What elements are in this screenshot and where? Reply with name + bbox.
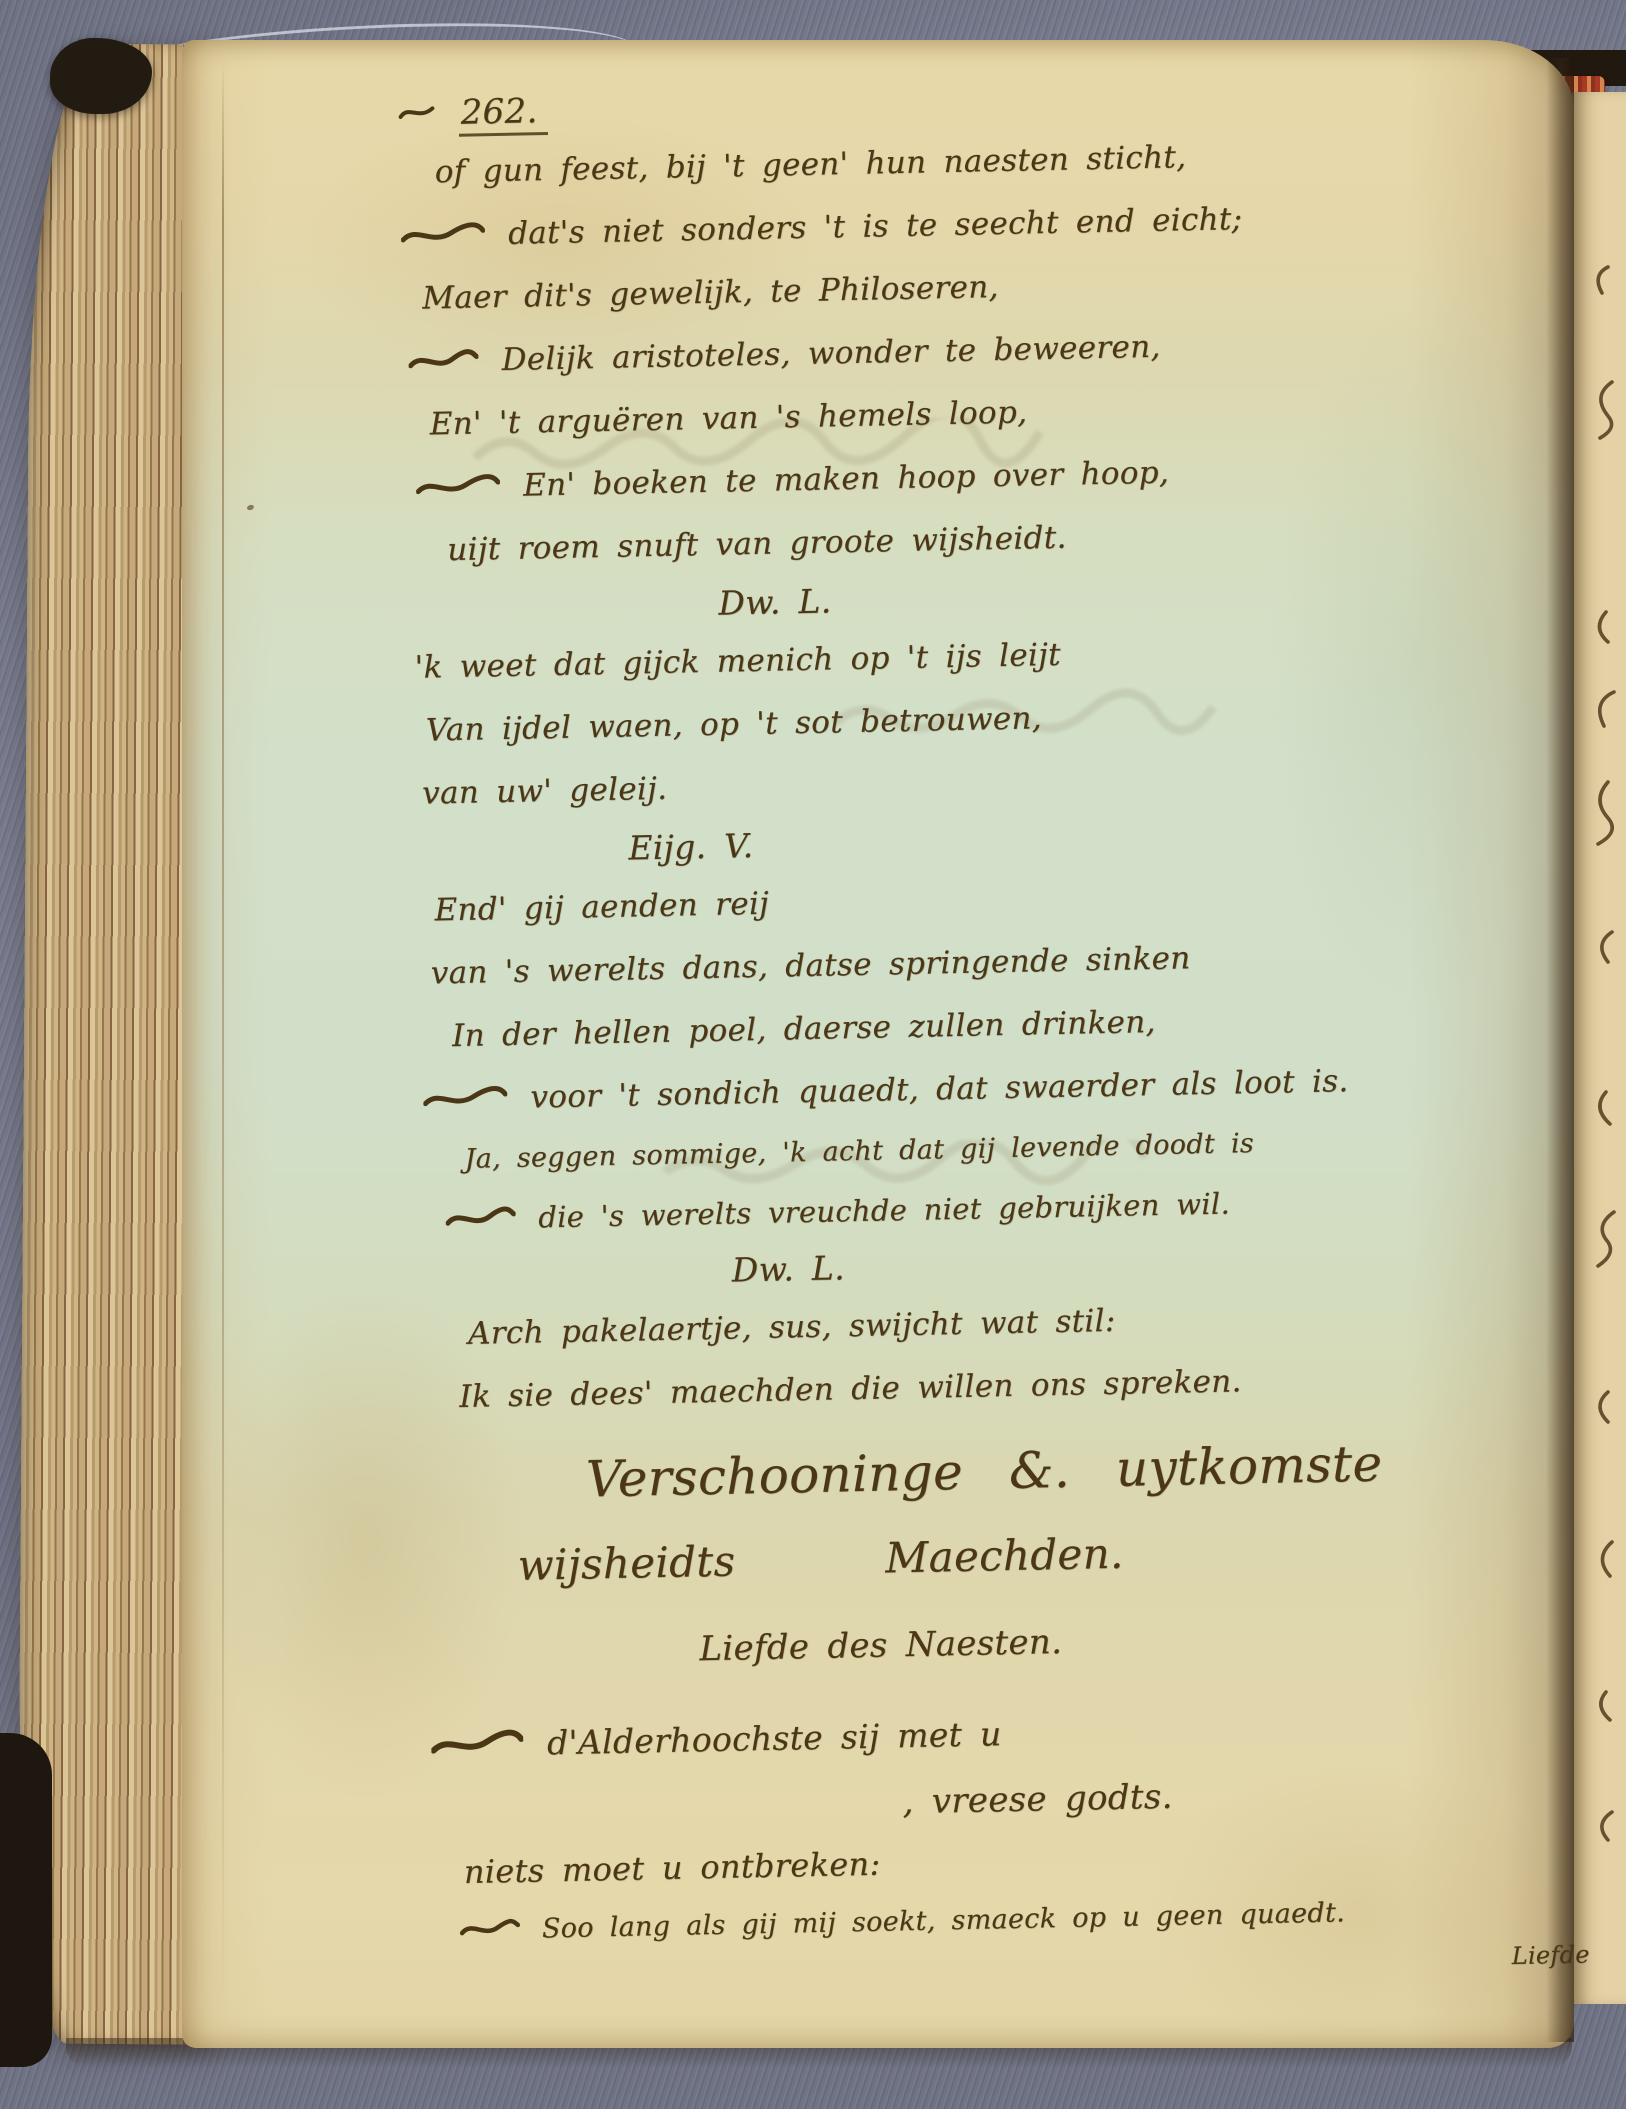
- title-word: Verschooninge: [585, 1443, 963, 1509]
- pen-flourish: [408, 346, 478, 371]
- page-number-value: 262.: [458, 91, 548, 137]
- pen-flourish: [416, 472, 500, 498]
- photo-of-open-manuscript-book: 262. of gun feest, bij 't geen' hun naes…: [0, 0, 1626, 2109]
- closing-line-text: Soo lang als gij mij soekt, smaeck op u …: [542, 1897, 1346, 1944]
- closing-line-text: d'Alderhoochste sij met u: [547, 1714, 1002, 1762]
- verse-line-text: Delijk aristoteles, wonder te beweeren,: [501, 329, 1161, 378]
- pen-flourish: [445, 1204, 515, 1229]
- worn-leather-edge: [0, 1733, 52, 2067]
- title-ampersand: &.: [1008, 1441, 1070, 1500]
- manuscript-text: 262. of gun feest, bij 't geen' hun naes…: [398, 62, 1626, 1995]
- pen-flourish: [401, 220, 485, 246]
- verse-line-text: die 's werelts vreuchde niet gebruijken …: [538, 1187, 1230, 1235]
- verse-line-text: voor 't sondich quaedt, dat swaerder als…: [530, 1063, 1349, 1115]
- subheading: Liefde des Naesten.: [699, 1596, 1620, 1684]
- title-word: wijsheidts: [517, 1537, 736, 1590]
- title-word: uytkomste: [1115, 1435, 1383, 1498]
- verse-line-text: En' boeken te maken hoop over hoop,: [523, 455, 1170, 504]
- pen-flourish: [431, 1729, 524, 1757]
- pen-flourish: [460, 1916, 520, 1937]
- pen-flourish: [398, 102, 434, 121]
- page-crease-line: [222, 60, 224, 2018]
- title-word: Maechden.: [885, 1529, 1124, 1583]
- verse-line-text: dat's niet sonders 't is te seecht end e…: [508, 201, 1243, 252]
- pen-flourish: [423, 1084, 507, 1110]
